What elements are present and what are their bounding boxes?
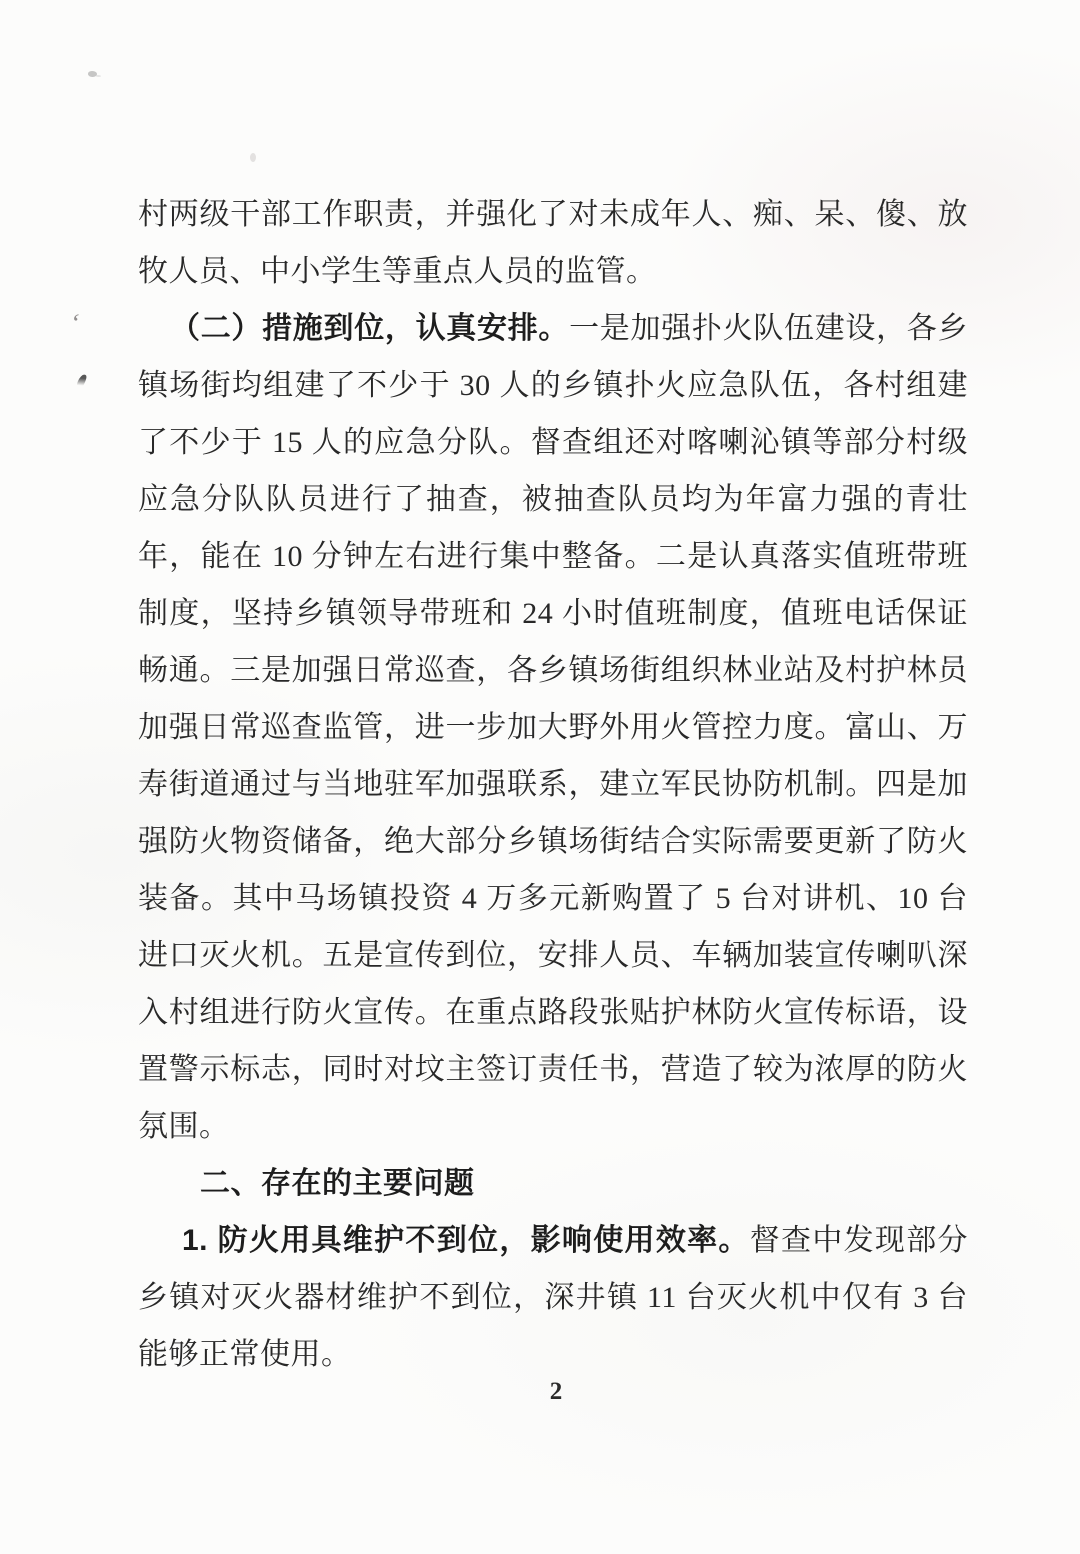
paragraph-supervision-continued: 村两级干部工作职责，并强化了对未成年人、痴、呆、傻、放牧人员、中小学生等重点人员… <box>138 186 968 300</box>
scan-speck-top <box>88 71 97 77</box>
scan-tick-mark-upper: ʻ <box>70 316 78 330</box>
page-number: 2 <box>550 1378 563 1406</box>
paragraph-lead-bold: 1. 防火用具维护不到位，影响使用效率。 <box>182 1224 750 1257</box>
document-body: 村两级干部工作职责，并强化了对未成年人、痴、呆、傻、放牧人员、中小学生等重点人员… <box>138 186 968 1383</box>
paragraph-text: 村两级干部工作职责，并强化了对未成年人、痴、呆、傻、放牧人员、中小学生等重点人员… <box>138 198 968 288</box>
paragraph-measures-in-place: （二）措施到位，认真安排。一是加强扑火队伍建设，各乡镇场街均组建了不少于 30 … <box>138 300 968 1155</box>
paragraph-problem-1: 1. 防火用具维护不到位，影响使用效率。督查中发现部分乡镇对灭火器材维护不到位，… <box>138 1212 968 1383</box>
scan-speck-mid <box>250 153 256 162</box>
section-heading-text: 二、存在的主要问题 <box>200 1167 475 1200</box>
section-heading-main-problems: 二、存在的主要问题 <box>138 1155 968 1212</box>
paragraph-text: 一是加强扑火队伍建设，各乡镇场街均组建了不少于 30 人的乡镇扑火应急队伍，各村… <box>138 312 968 1143</box>
scan-tick-mark-lower <box>76 373 88 389</box>
page-footer: 2 <box>0 1378 1080 1406</box>
paragraph-lead-bold: （二）措施到位，认真安排。 <box>170 312 569 345</box>
